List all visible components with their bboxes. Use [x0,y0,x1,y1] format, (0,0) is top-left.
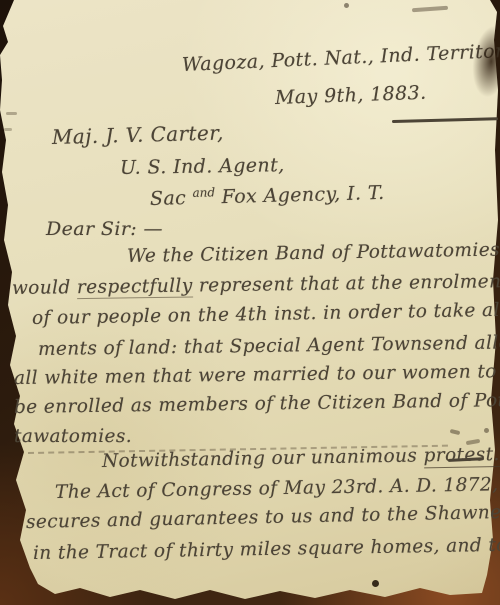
body-text: would [12,277,77,299]
agency-pre: Sac [150,187,193,210]
salutation: Dear Sir: — [46,219,163,240]
letter-photograph: Wagoza, Pott. Nat., Ind. Territory, May … [0,0,500,605]
recipient-name: Maj. J. V. Carter, [52,122,224,148]
underlined-word-respectfully: respectfully [77,275,193,299]
recipient-title: U. S. Ind. Agent, [120,155,285,179]
agency-post: Fox Agency, I. T. [215,182,385,208]
body-line: tawatomies. [14,427,132,447]
underlined-word-protest: protest. [423,444,500,468]
body-text: represent that at the enrolment. — [192,271,500,297]
agency-superscript-and: and [192,185,215,200]
